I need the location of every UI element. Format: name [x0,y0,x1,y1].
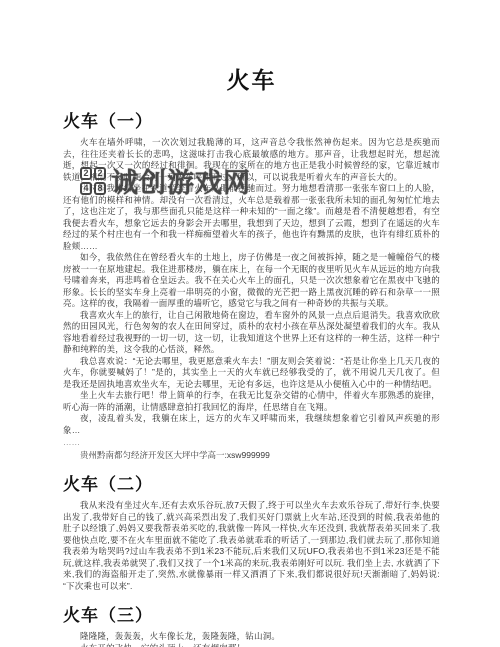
verse-line: 火车开的飞快，它的头顶上，还有烟囱那！ [63,643,440,647]
paragraph: 如今，我依然住在曾经看火车的土地上，房子仿佛是一夜之间被拆掉，随之是一幢幢俗气的… [63,252,440,310]
section-heading-1: 火车（一） [63,107,440,132]
verse-line: 隆隆隆，轰轰轰，火车像长龙，轰隆轰隆，钻山洞。 [63,631,440,643]
paragraph: 小时候我常常坐在铁道旁等着火车从眼前疾驰而过。努力地想看清那一张张车窗口上的人脸… [63,183,440,252]
paragraph: 坐上火车去旅行吧！带上简单的行李，在我无比复杂交错的心情中，伴着火车那熟悉的旋律… [63,390,440,413]
page-title: 火车 [63,62,440,95]
paragraph: 我从来没有坐过火车,还有去欢乐谷玩,放7天假了,终于可以坐火车去欢乐谷玩了,带好… [63,500,440,592]
paragraph: 火车在墙外呼啸，一次次划过我脆薄的耳，这声音总令我怅然神伤起来。因为它总是疾驰而… [63,137,440,183]
document-content: 火车 火车（一） 火车在墙外呼啸，一次次划过我脆薄的耳，这声音总令我怅然神伤起来… [63,52,440,647]
author-signature: 贵州黔南都匀经济开发区大坪中学高一:xsw999999 [63,450,440,462]
paragraph: 我喜欢火车上的旅行，让自己闲散地倚在窗边，看车窗外的风景一点点后退消失。我喜欢欣… [63,310,440,356]
paragraph: 我总喜欢说：“无论去哪里，我更愿意乘火车去！”朋友则会笑着说：“若是让你坐上几天… [63,356,440,391]
section-heading-3: 火车（三） [63,601,440,626]
document-page: 火车 火车（一） 火车在墙外呼啸，一次次划过我脆薄的耳，这声音总令我怅然神伤起来… [0,0,500,647]
ellipsis-line: …… [63,437,440,449]
verse-block: 隆隆隆，轰轰轰，火车像长龙，轰隆轰隆，钻山洞。 火车开的飞快，它的头顶上，还有烟… [63,631,440,647]
section-heading-2: 火车（二） [63,470,440,495]
paragraph: 夜，凌乱着头发，我躺在床上，远方的火车又呼啸而来，我继续想象着它引着风声疾驰的形… [63,413,440,436]
